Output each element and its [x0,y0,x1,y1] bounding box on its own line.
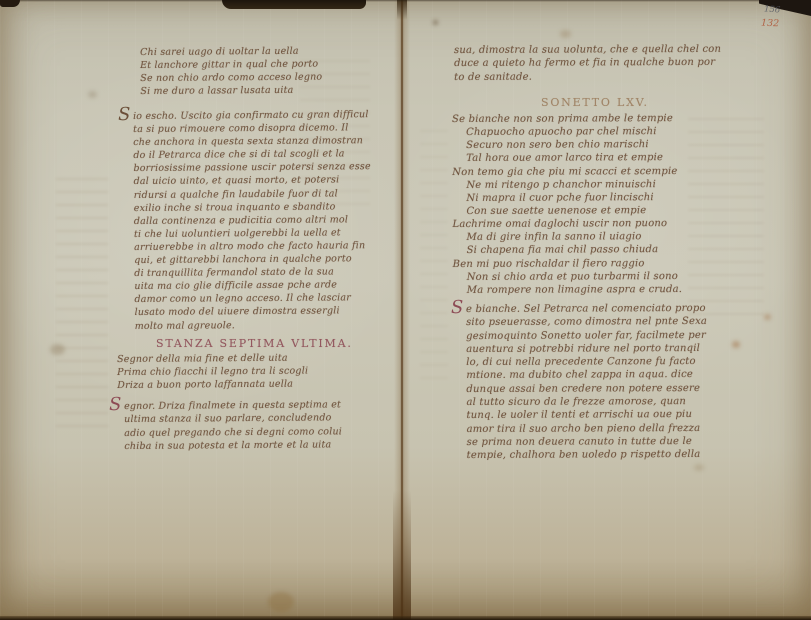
text-line: Con sue saette uenenose et empie [452,204,681,218]
text-line: chiba in sua potesta et la morte et la u… [124,438,342,453]
text-line: lusato modo del uiuere dimostra essergli [135,305,372,320]
text-line: Se non chio ardo como acceso legno [140,71,322,86]
text-line: qui, et gittarebbi lanchora in qualche p… [134,252,371,267]
bleed-through-marks [688,118,764,318]
initial-letter-s: S [451,299,463,317]
text-line: Ben mi puo rischaldar il fiero raggio [453,257,682,271]
stain [560,30,571,38]
text-line: Ma di gire infin la sanno il uiagio [453,230,682,244]
text-line: sito pseuerasse, como dimostra nel pnte … [466,315,707,329]
folio-number-pencil: 156 [764,4,781,15]
text-line: Ne mi ritengo p chanchor minuischi [452,178,681,192]
text-line: tunq. le uoler il tenti et arrischi ua o… [466,408,707,422]
text-line: auentura si potrebbi ridure nel porto tr… [466,342,707,356]
stain [732,341,740,348]
stain [764,314,771,320]
text-line: Si chapena fia mai chil passo chiuda [453,243,682,257]
text-line: to de sanitade. [454,70,721,85]
bleed-through-marks [56,178,108,428]
text-line: Securo non sero ben chio marischi [452,138,681,152]
text-line: al tutto sicuro da le frezze amorose, qu… [466,395,707,409]
text-line: lo, di cui nella precedente Canzone fu f… [466,355,707,369]
text-line: dal uicio uinto, et quasi morto, et pote… [134,174,371,189]
left-page-quoted-verses: Chi sarei uago di uoltar la uellaEt lanc… [140,45,322,99]
stain [268,592,294,612]
folio-number-red: 132 [761,18,780,30]
text-line: ultima stanza il suo parlare, concludend… [124,412,342,427]
text-line: molto mal agreuole. [135,318,372,333]
stain [433,20,438,25]
photo-edge-top [0,0,811,2]
text-line: Non si chio arda et puo turbarmi il sono [453,270,682,284]
sonetto-heading: SONETTO LXV. [541,96,649,109]
right-page-commentary-end: sua, dimostra la sua uolunta, che e quel… [454,43,721,84]
text-line: Non temo gia che piu mi scacci et scempi… [452,165,681,179]
gutter-shadow-bottom [393,490,411,620]
stain [694,464,704,471]
photo-edge-bottom [0,616,811,620]
commentary-text: egnor. Driza finalmete in questa septima… [124,398,342,453]
text-line: dunque assai ben credere non potere esse… [466,382,707,396]
text-line: Chapuocho apuocho par chel mischi [452,125,681,139]
text-line: Ni mapra il cuor pche fuor lincischi [452,191,681,205]
commentary-text: io escho. Uscito gia confirmato cu gran … [133,108,372,332]
text-line: se prima non deuera canuto in tutte due … [467,435,708,449]
left-page-commentary-2: S egnor. Driza finalmete in questa septi… [124,398,342,453]
text-line: sua, dimostra la sua uolunta, che e quel… [454,43,721,58]
text-line: duce a quieto ha fermo et fia in qualche… [454,56,721,71]
left-page-stanza-verses: Segnor della mia fine et delle uitaPrima… [117,351,308,392]
sonnet-text: Se bianche non son prima ambe le tempieC… [452,112,682,297]
left-page-commentary: S io escho. Uscito gia confirmato cu gra… [133,108,372,332]
text-line: Tal hora oue amor larco tira et empie [452,151,681,165]
commentary-text: e bianche. Sel Petrarca nel comenciato p… [466,302,708,463]
text-line: e bianche. Sel Petrarca nel comenciato p… [466,302,707,316]
initial-letter-s: S [118,106,130,124]
gutter-shadow-top [397,0,407,20]
text-line: mtione. ma dubito chel zappa in aqua. di… [466,368,707,382]
text-line: amor tira il suo archo ben pieno della f… [467,422,708,436]
text-line: tempie, chalhora ben uoledo p rispetto d… [467,448,708,462]
bleed-through-marks [420,130,448,390]
text-line: Driza a buon porto laffannata uella [117,378,308,393]
book-edge-top-middle [222,0,366,9]
text-line: Ma rompere non limagine aspra e cruda. [453,283,682,297]
text-line: gesimoquinto Sonetto uoler far, facilmet… [466,329,707,343]
right-page-commentary: S e bianche. Sel Petrarca nel comenciato… [466,302,708,463]
text-line: Se bianche non son prima ambe le tempie [452,112,681,126]
stanza-heading: STANZA SEPTIMA VLTIMA. [156,337,353,350]
text-line: Lachrime omai daglochi uscir non puono [452,217,681,231]
stain [88,91,97,98]
initial-letter-s: S [109,396,121,414]
text-line: Si me duro a lassar lusata uita [140,84,322,99]
